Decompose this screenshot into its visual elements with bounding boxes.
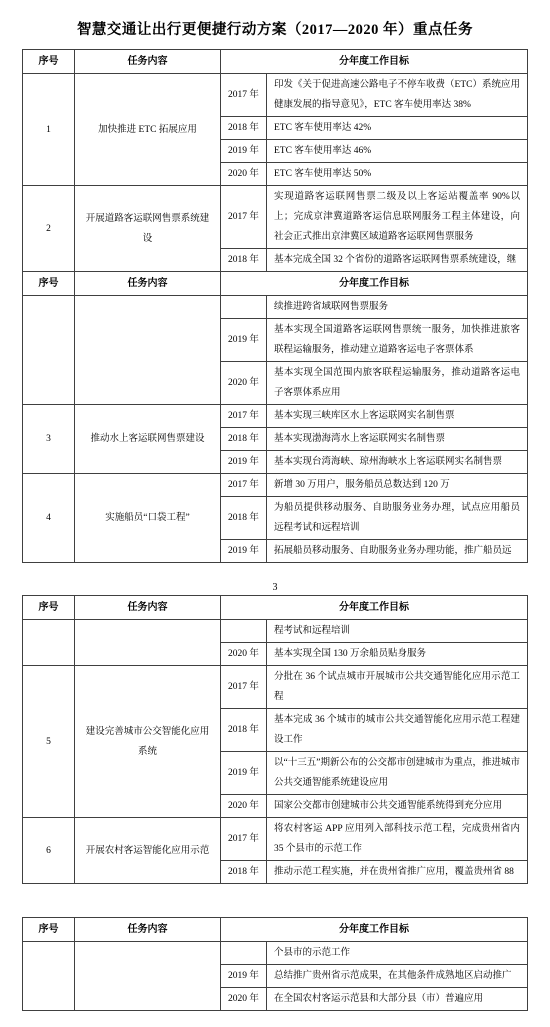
target-cell: 基本完成 36 个城市的城市公共交通智能化应用示范工程建设工作 [267, 709, 528, 752]
year-cell: 2018 年 [221, 117, 267, 140]
table-row: 2开展道路客运联网售票系统建设2017 年实现道路客运联网售票二级及以上客运站覆… [23, 186, 528, 249]
year-cell: 2017 年 [221, 818, 267, 861]
year-cell: 2017 年 [221, 405, 267, 428]
table-header-row: 序号任务内容分年度工作目标 [23, 596, 528, 620]
year-cell: 2020 年 [221, 163, 267, 186]
target-cell: 基本完成全国 32 个省份的道路客运联网售票系统建设，继 [267, 249, 528, 272]
table-row: 3推动水上客运联网售票建设2017 年基本实现三峡库区水上客运联网实名制售票 [23, 405, 528, 428]
year-cell: 2019 年 [221, 451, 267, 474]
target-cell: 总结推广贵州省示范成果，在其他条件成熟地区启动推广 [267, 965, 528, 988]
target-cell: 分批在 36 个试点城市开展城市公共交通智能化应用示范工程 [267, 666, 528, 709]
seq-cell [23, 620, 75, 666]
document-page: 智慧交通让出行更便捷行动方案（2017—2020 年）重点任务 序号任务内容分年… [0, 0, 550, 1011]
year-cell: 2020 年 [221, 795, 267, 818]
target-cell: 基本实现台湾海峡、琼州海峡水上客运联网实名制售票 [267, 451, 528, 474]
task-cell: 实施船员“口袋工程” [75, 474, 221, 563]
year-cell: 2019 年 [221, 965, 267, 988]
tasks-table-2: 序号任务内容分年度工作目标续推进跨省域联网售票服务2019 年基本实现全国道路客… [22, 271, 528, 563]
task-cell: 开展农村客运智能化应用示范 [75, 818, 221, 884]
task-cell: 加快推进 ETC 拓展应用 [75, 74, 221, 186]
year-cell: 2020 年 [221, 988, 267, 1011]
col-header-target: 分年度工作目标 [221, 918, 528, 942]
target-cell: ETC 客车使用率达 46% [267, 140, 528, 163]
seq-cell: 2 [23, 186, 75, 272]
target-cell: 续推进跨省域联网售票服务 [267, 296, 528, 319]
seq-cell: 1 [23, 74, 75, 186]
year-cell: 2017 年 [221, 474, 267, 497]
table-header-row: 序号任务内容分年度工作目标 [23, 272, 528, 296]
table-header-row: 序号任务内容分年度工作目标 [23, 50, 528, 74]
task-cell: 开展道路客运联网售票系统建设 [75, 186, 221, 272]
year-cell [221, 620, 267, 643]
target-cell: 新增 30 万用户，服务船员总数达到 120 万 [267, 474, 528, 497]
year-cell: 2019 年 [221, 140, 267, 163]
seq-cell: 6 [23, 818, 75, 884]
seq-cell [23, 942, 75, 1011]
year-cell [221, 296, 267, 319]
col-header-seq: 序号 [23, 272, 75, 296]
year-cell [221, 942, 267, 965]
col-header-seq: 序号 [23, 596, 75, 620]
year-cell: 2017 年 [221, 186, 267, 249]
col-header-target: 分年度工作目标 [221, 596, 528, 620]
col-header-target: 分年度工作目标 [221, 272, 528, 296]
table-row: 5建设完善城市公交智能化应用系统2017 年分批在 36 个试点城市开展城市公共… [23, 666, 528, 709]
target-cell: 基本实现全国范围内旅客联程运输服务，推动道路客运电子客票体系应用 [267, 362, 528, 405]
year-cell: 2018 年 [221, 249, 267, 272]
target-cell: 以“十三五”期新公布的公交都市创建城市为重点，推进城市公共交通智能系统建设应用 [267, 752, 528, 795]
target-cell: 推动示范工程实施，并在贵州省推广应用，覆盖贵州省 88 [267, 861, 528, 884]
task-cell [75, 620, 221, 666]
col-header-seq: 序号 [23, 50, 75, 74]
target-cell: 国家公交都市创建城市公共交通智能系统得到充分应用 [267, 795, 528, 818]
year-cell: 2020 年 [221, 362, 267, 405]
table-row: 4实施船员“口袋工程”2017 年新增 30 万用户，服务船员总数达到 120 … [23, 474, 528, 497]
year-cell: 2018 年 [221, 861, 267, 884]
col-header-task: 任务内容 [75, 918, 221, 942]
col-header-task: 任务内容 [75, 50, 221, 74]
year-cell: 2019 年 [221, 540, 267, 563]
year-cell: 2019 年 [221, 752, 267, 795]
seq-cell: 3 [23, 405, 75, 474]
year-cell: 2018 年 [221, 428, 267, 451]
table-row: 1加快推进 ETC 拓展应用2017 年印发《关于促进高速公路电子不停车收费（E… [23, 74, 528, 117]
seq-cell: 5 [23, 666, 75, 818]
col-header-seq: 序号 [23, 918, 75, 942]
col-header-task: 任务内容 [75, 272, 221, 296]
target-cell: 为船员提供移动服务、自助服务业务办理，试点应用船员远程考试和远程培训 [267, 497, 528, 540]
task-cell: 建设完善城市公交智能化应用系统 [75, 666, 221, 818]
tasks-table-4: 序号任务内容分年度工作目标个县市的示范工作2019 年总结推广贵州省示范成果，在… [22, 917, 528, 1011]
target-cell: 个县市的示范工作 [267, 942, 528, 965]
page-break-gap [22, 884, 528, 917]
col-header-task: 任务内容 [75, 596, 221, 620]
year-cell: 2018 年 [221, 497, 267, 540]
year-cell: 2020 年 [221, 643, 267, 666]
target-cell: 印发《关于促进高速公路电子不停车收费（ETC）系统应用健康发展的指导意见》，ET… [267, 74, 528, 117]
target-cell: 实现道路客运联网售票二级及以上客运站覆盖率 90%以上；完成京津冀道路客运信息联… [267, 186, 528, 249]
table-header-row: 序号任务内容分年度工作目标 [23, 918, 528, 942]
year-cell: 2017 年 [221, 666, 267, 709]
target-cell: 在全国农村客运示范县和大部分县（市）普遍应用 [267, 988, 528, 1011]
seq-cell [23, 296, 75, 405]
year-cell: 2017 年 [221, 74, 267, 117]
table-row: 个县市的示范工作 [23, 942, 528, 965]
target-cell: 程考试和远程培训 [267, 620, 528, 643]
target-cell: 基本实现三峡库区水上客运联网实名制售票 [267, 405, 528, 428]
col-header-target: 分年度工作目标 [221, 50, 528, 74]
table-row: 续推进跨省域联网售票服务 [23, 296, 528, 319]
year-cell: 2019 年 [221, 319, 267, 362]
target-cell: 将农村客运 APP 应用列入部科技示范工程，完成贵州省内 35 个县市的示范工作 [267, 818, 528, 861]
tasks-table-3: 序号任务内容分年度工作目标程考试和远程培训2020 年基本实现全国 130 万余… [22, 595, 528, 884]
table-row: 程考试和远程培训 [23, 620, 528, 643]
year-cell: 2018 年 [221, 709, 267, 752]
target-cell: 基本实现全国道路客运联网售票统一服务，加快推进旅客联程运输服务，推动建立道路客运… [267, 319, 528, 362]
target-cell: 基本实现渤海湾水上客运联网实名制售票 [267, 428, 528, 451]
task-cell: 推动水上客运联网售票建设 [75, 405, 221, 474]
target-cell: 基本实现全国 130 万余船员贴身服务 [267, 643, 528, 666]
tasks-table-1: 序号任务内容分年度工作目标1加快推进 ETC 拓展应用2017 年印发《关于促进… [22, 49, 528, 272]
target-cell: 拓展船员移动服务、自助服务业务办理功能，推广船员远 [267, 540, 528, 563]
target-cell: ETC 客车使用率达 50% [267, 163, 528, 186]
seq-cell: 4 [23, 474, 75, 563]
page-title: 智慧交通让出行更便捷行动方案（2017—2020 年）重点任务 [22, 18, 528, 39]
page-number: 3 [22, 563, 528, 595]
task-cell [75, 296, 221, 405]
task-cell [75, 942, 221, 1011]
table-row: 6开展农村客运智能化应用示范2017 年将农村客运 APP 应用列入部科技示范工… [23, 818, 528, 861]
target-cell: ETC 客车使用率达 42% [267, 117, 528, 140]
